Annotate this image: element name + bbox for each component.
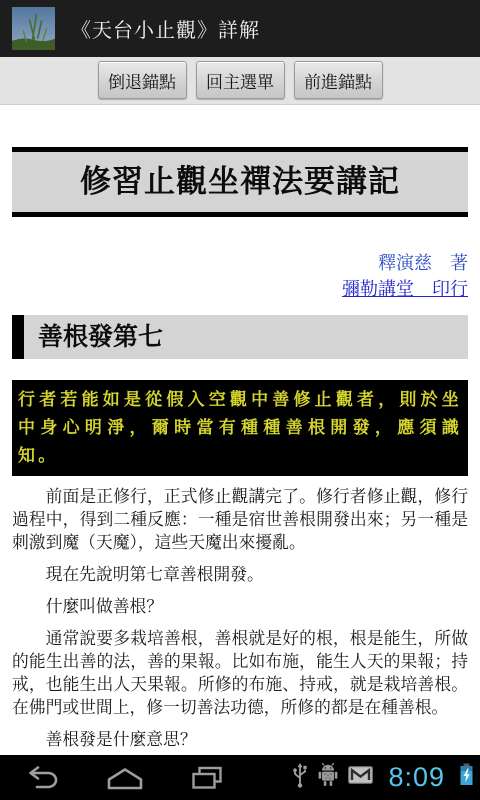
publisher-line: 彌勒講堂 印行 — [12, 277, 468, 301]
paragraph: 前面是正修行，正式修止觀講完了。修行者修止觀，修行過程中，得到二種反應：一種是宿… — [12, 485, 468, 554]
battery-charging-icon — [458, 762, 475, 794]
paragraph: 通常說要多栽培善根，善根就是好的根，根是能生，所做的能生出善的法，善的果報。比如… — [12, 627, 468, 719]
gmail-icon — [348, 766, 373, 789]
scripture-quote: 行者若能如是從假入空觀中善修止觀者，則於坐中身心明淨，爾時當有種種善根開發，應須… — [12, 380, 468, 476]
status-bar-clock: 8:09 — [388, 762, 445, 793]
document-title: 修習止觀坐禪法要講記 — [12, 147, 468, 217]
nav-buttons — [22, 766, 224, 790]
section-heading: 善根發第七 — [12, 315, 468, 359]
byline: 釋演慈 著 彌勒講堂 印行 — [12, 251, 468, 301]
publisher-link[interactable]: 彌勒講堂 印行 — [342, 279, 468, 299]
article-scroll-area[interactable]: 修習止觀坐禪法要講記 釋演慈 著 彌勒講堂 印行 善根發第七 行者若能如是從假入… — [0, 105, 480, 755]
app-screen: 《天台小止觀》詳解 倒退錨點 回主選單 前進錨點 修習止觀坐禪法要講記 釋演慈 … — [0, 0, 480, 800]
system-bar: 8:09 — [0, 755, 480, 800]
paragraph: 什麼叫做善根？ — [12, 595, 468, 618]
main-menu-button[interactable]: 回主選單 — [196, 61, 285, 99]
author-line: 釋演慈 著 — [12, 251, 468, 275]
recents-icon[interactable] — [190, 766, 224, 790]
home-icon[interactable] — [106, 766, 144, 790]
paragraph: 現在先說明第七章善根開發。 — [12, 563, 468, 586]
back-anchor-button[interactable]: 倒退錨點 — [98, 61, 187, 99]
paragraph: 善根發是什麼意思？ — [12, 728, 468, 751]
usb-icon — [292, 762, 308, 794]
app-title: 《天台小止觀》詳解 — [71, 14, 260, 43]
anchor-toolbar: 倒退錨點 回主選單 前進錨點 — [0, 57, 480, 105]
forward-anchor-button[interactable]: 前進錨點 — [294, 61, 383, 99]
title-bar: 《天台小止觀》詳解 — [0, 0, 480, 57]
back-icon[interactable] — [22, 766, 60, 790]
app-icon — [12, 7, 55, 50]
status-icons: 8:09 — [292, 762, 475, 794]
adb-debug-icon — [317, 763, 339, 793]
